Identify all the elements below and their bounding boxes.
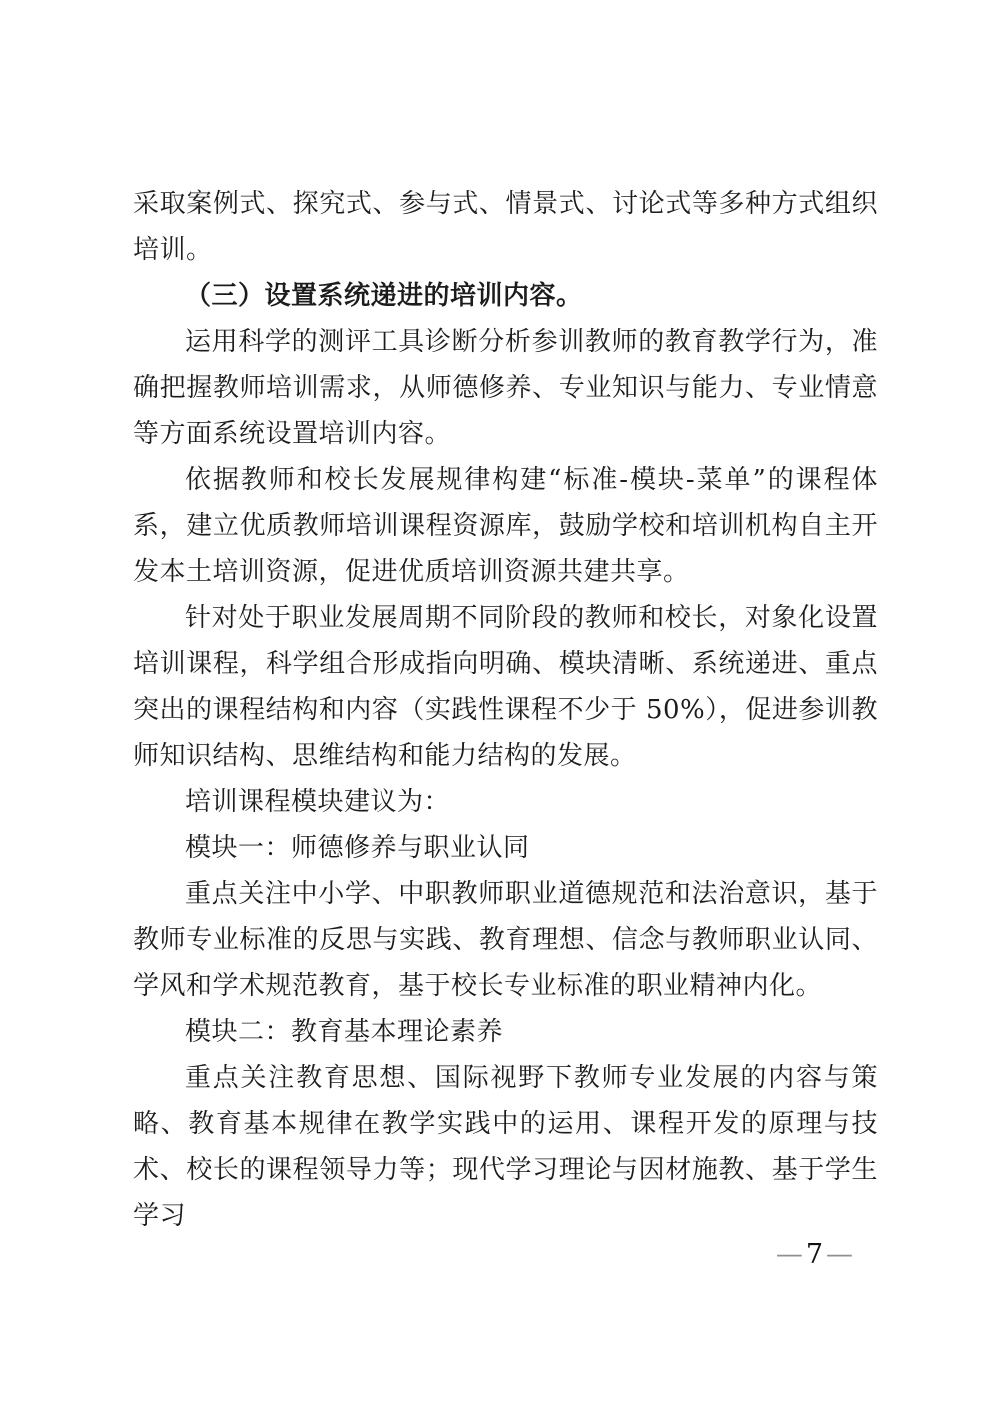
paragraph-training-methods-continuation: 采取案例式、探究式、参与式、情景式、讨论式等多种方式组织培训。 xyxy=(133,181,878,273)
page-number: 7 xyxy=(803,1239,826,1270)
paragraph-career-stages: 针对处于职业发展周期不同阶段的教师和校长，对象化设置培训课程，科学组合形成指向明… xyxy=(133,595,878,779)
paragraph-assessment-tools: 运用科学的测评工具诊断分析参训教师的教育教学行为，准确把握教师培训需求，从师德修… xyxy=(133,319,878,457)
paragraph-curriculum-system: 依据教师和校长发展规律构建“标准-模块-菜单”的课程体系，建立优质教师培训课程资… xyxy=(133,457,878,595)
paragraph-module-2-detail: 重点关注教育思想、国际视野下教师专业发展的内容与策略、教育基本规律在教学实践中的… xyxy=(133,1055,878,1239)
document-body: 采取案例式、探究式、参与式、情景式、讨论式等多种方式组织培训。 （三）设置系统递… xyxy=(133,181,878,1239)
page-footer: —7— xyxy=(776,1240,853,1270)
document-page: 采取案例式、探究式、参与式、情景式、讨论式等多种方式组织培训。 （三）设置系统递… xyxy=(0,0,993,1404)
paragraph-module-1-detail: 重点关注中小学、中职教师职业道德规范和法治意识，基于教师专业标准的反思与实践、教… xyxy=(133,871,878,1009)
module-2-heading: 模块二：教育基本理论素养 xyxy=(133,1009,878,1055)
footer-dash-left: — xyxy=(776,1239,803,1270)
paragraph-module-intro: 培训课程模块建议为： xyxy=(133,779,878,825)
footer-dash-right: — xyxy=(826,1239,853,1270)
module-1-heading: 模块一：师德修养与职业认同 xyxy=(133,825,878,871)
section-heading-3: （三）设置系统递进的培训内容。 xyxy=(133,273,878,319)
